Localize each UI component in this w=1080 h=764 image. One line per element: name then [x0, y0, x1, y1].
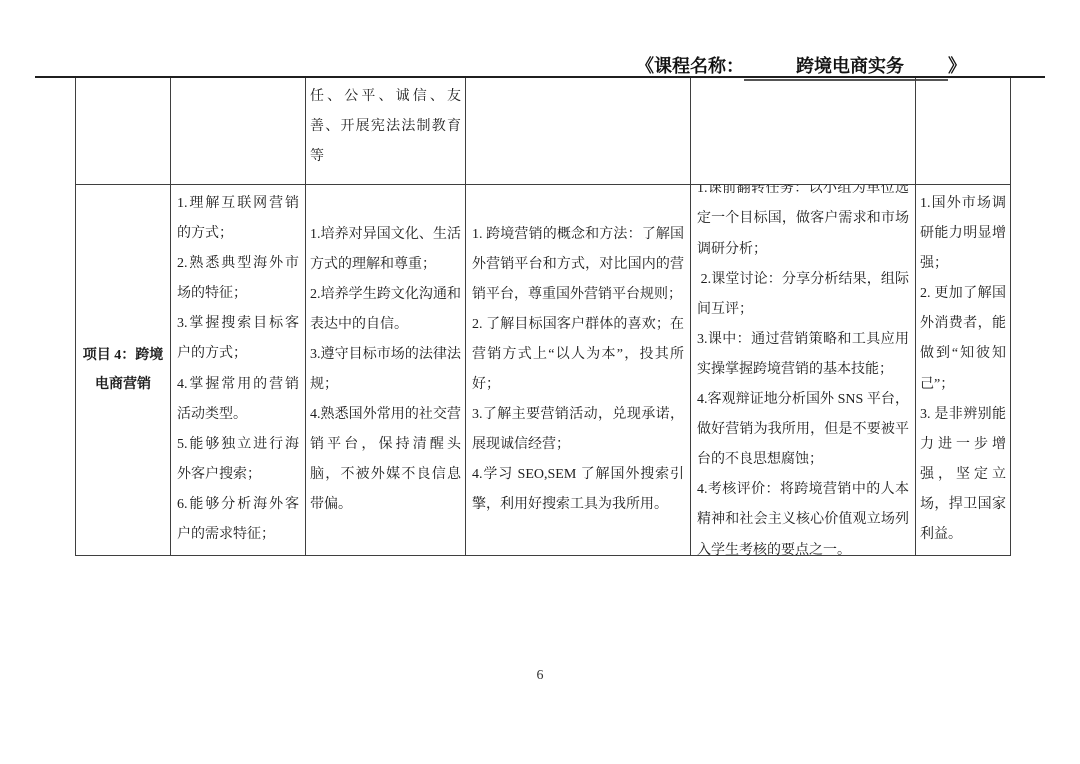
syllabus-table: 任、公平、诚信、友善、开展宪法法制教育等 项目 4：跨境 电商营销 1.理解互联…	[75, 78, 1011, 556]
list-item: 1.课前翻转任务：以小组为单位选定一个目标国，做客户需求和市场调研分析；	[697, 185, 909, 265]
list-item: 5.能够独立进行海外客户搜索；	[177, 430, 299, 490]
cell-outcome-continuation-empty	[916, 78, 1011, 185]
list-item: 4.学习 SEO,SEM 了解国外搜索引擎，利用好搜索工具为我所用。	[472, 460, 684, 520]
list-item: 2.培养学生跨文化沟通和表达中的自信。	[310, 280, 461, 340]
list-item: 2.熟悉典型海外市场的特征；	[177, 249, 299, 309]
page-number: 6	[0, 668, 1080, 684]
list-item: 7.能够开展店铺自主营销活动；	[177, 550, 299, 556]
list-item: 4.熟悉国外常用的社交营销平台，保持清醒头脑，不被外媒不良信息带偏。	[310, 400, 461, 520]
list-item: 3.了解主要营销活动，兑现承诺，展现诚信经营；	[472, 400, 684, 460]
cell-objectives-continuation-empty	[171, 78, 306, 185]
list-item: 6.能够分析海外客户的需求特征；	[177, 490, 299, 550]
course-name-suffix: 》	[948, 56, 966, 76]
quality-continuation-text: 任、公平、诚信、友善、开展宪法法制教育等	[310, 82, 461, 172]
list-item: 2.课堂讨论：分享分析结果，组际间互评；	[697, 265, 909, 325]
course-name-label: 《课程名称：	[636, 56, 744, 76]
list-item: 3.掌握搜索目标客户的方式；	[177, 309, 299, 369]
cell-teaching-content: 1. 跨境营销的概念和方法：了解国外营销平台和方式，对比国内的营销平台，尊重国外…	[466, 185, 691, 556]
list-item: 2. 了解目标国客户群体的喜欢；在营销方式上“以人为本”，投其所好；	[472, 310, 684, 400]
cell-quality-continuation: 任、公平、诚信、友善、开展宪法法制教育等	[306, 78, 466, 185]
list-item: 4.考核评价：将跨境营销中的人本精神和社会主义核心价值观立场列入学生考核的要点之…	[697, 475, 909, 556]
list-item: 4.掌握常用的营销活动类型。	[177, 370, 299, 430]
cell-process-continuation-empty	[691, 78, 916, 185]
list-item: 3.遵守目标市场的法律法规；	[310, 340, 461, 400]
cell-outcomes: 1.国外市场调研能力明显增强； 2. 更加了解国外消费者，能做到“知彼知己”； …	[916, 185, 1011, 556]
list-item: 2. 更加了解国外消费者，能做到“知彼知己”；	[920, 279, 1006, 399]
document-page: 《课程名称：跨境电商实务》 任、公平、诚信、友善、开展宪法法制教育等 项目 4：…	[0, 0, 1080, 764]
cell-teaching-process: 1.课前翻转任务：以小组为单位选定一个目标国，做客户需求和市场调研分析； 2.课…	[691, 185, 916, 556]
cell-objectives: 1.理解互联网营销的方式； 2.熟悉典型海外市场的特征； 3.掌握搜索目标客户的…	[171, 185, 306, 556]
cell-project-continuation-empty	[76, 78, 171, 185]
list-item: 1.培养对异国文化、生活方式的理解和尊重；	[310, 220, 461, 280]
list-item: 3.课中：通过营销策略和工具应用实操掌握跨境营销的基本技能；	[697, 325, 909, 385]
list-item: 1.国外市场调研能力明显增强；	[920, 189, 1006, 279]
list-item: 1. 跨境营销的概念和方法：了解国外营销平台和方式，对比国内的营销平台，尊重国外…	[472, 220, 684, 310]
cell-content-continuation-empty	[466, 78, 691, 185]
list-item: 1.理解互联网营销的方式；	[177, 189, 299, 249]
cell-quality-goals: 1.培养对异国文化、生活方式的理解和尊重； 2.培养学生跨文化沟通和表达中的自信…	[306, 185, 466, 556]
list-item: 4.客观辩证地分析国外 SNS 平台，做好营销为我所用，但是不要被平台的不良思想…	[697, 385, 909, 475]
cell-project-title: 项目 4：跨境 电商营销	[76, 185, 171, 556]
list-item: 3. 是非辨别能力进一步增强，坚定立场，捍卫国家利益。	[920, 400, 1006, 550]
